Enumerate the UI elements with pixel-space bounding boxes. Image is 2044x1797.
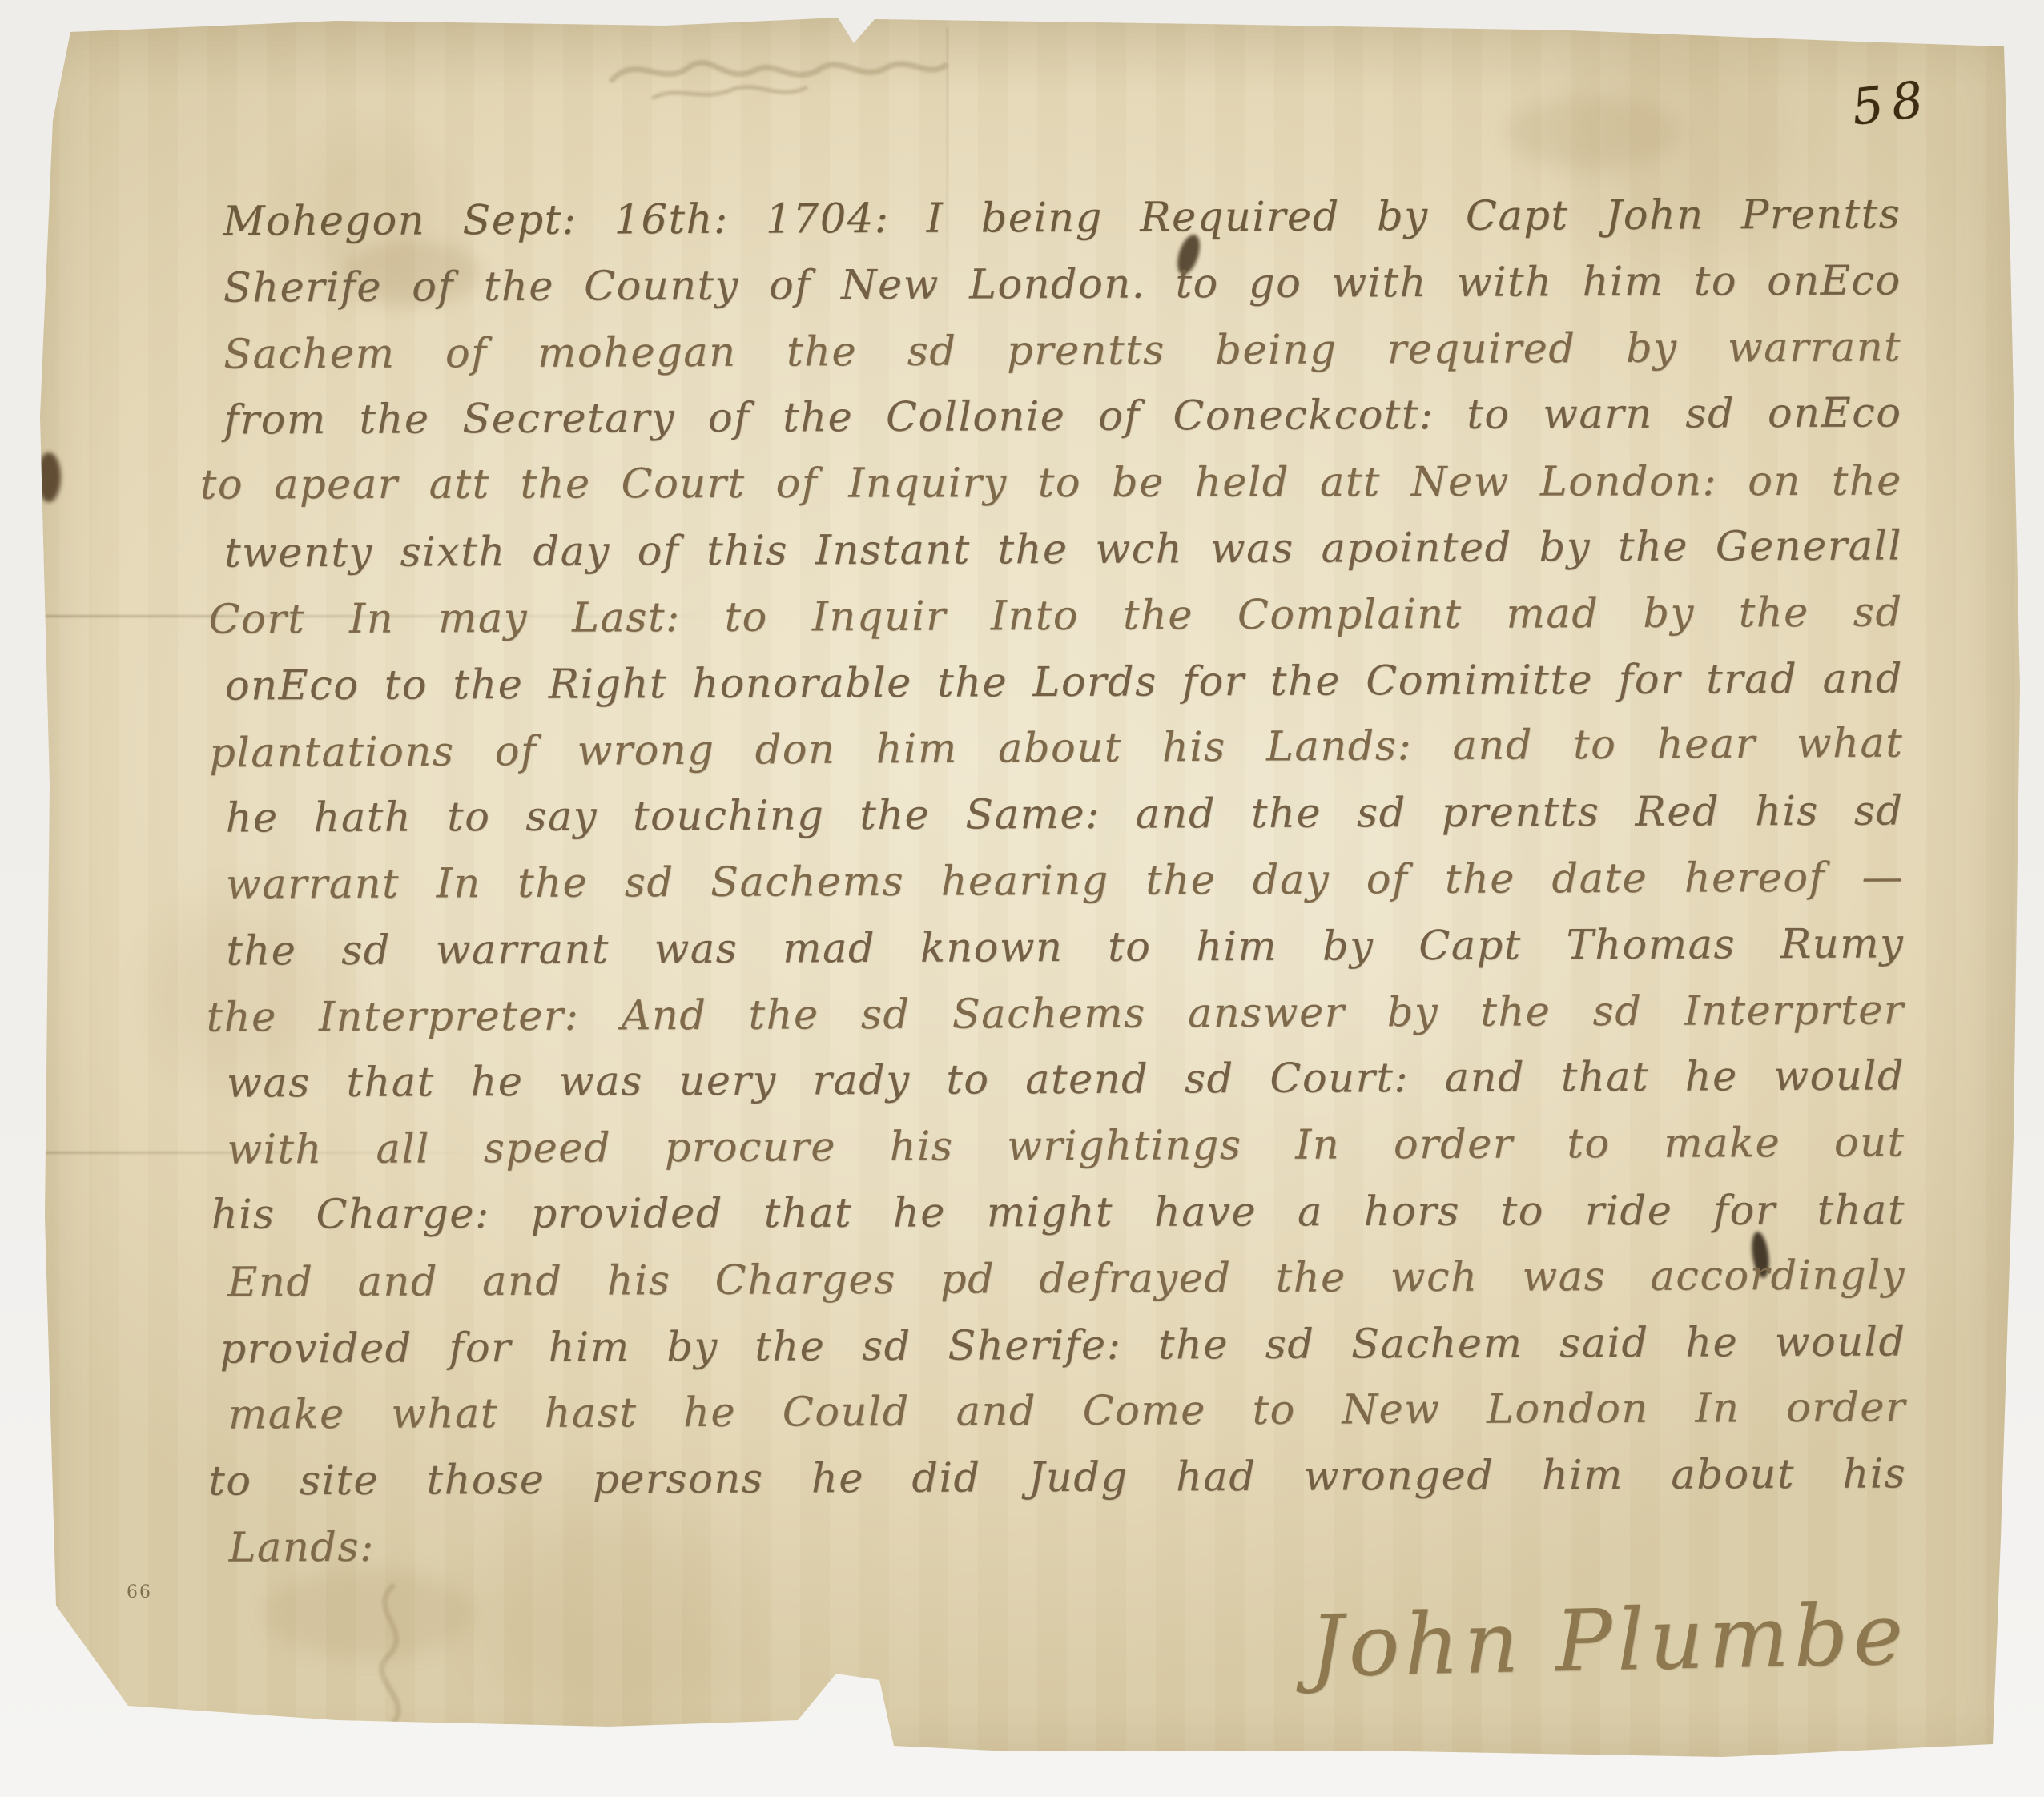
manuscript-line-13: the Interpreter: And the sd Sachems answ… [207,978,1905,1051]
manuscript-line-14: was that he was uery rady to atend sd Co… [227,1044,1905,1118]
letter-body: Mohegon Sept: 16th: 1704: I being Requir… [223,182,1907,1582]
manuscript-line-17: End and and his Charges pd defrayed the … [227,1243,1905,1317]
paper-sheet: 58 Mohegon Sept: 16th: 1704: I being Req… [0,0,2044,1797]
manuscript-line-5: to apear att the Court of Inquiry to be … [200,449,1902,520]
manuscript-line-8: onEco to the Right honorable the Lords f… [225,646,1903,720]
manuscript-line-20: to site those persons he did Judg had wr… [208,1442,1906,1516]
ink-blot [37,452,61,502]
manuscript-line-19: make what hast he Could and Come to New … [228,1376,1906,1449]
manuscript-line-16: his Charge: provided that he might have … [211,1178,1905,1248]
manuscript-line-21: Lands: [228,1508,1906,1582]
paper-stain [1506,96,1682,168]
manuscript-line-9: plantations of wrong don him about his L… [209,711,1903,788]
manuscript-line-15: with all speed procure his wrightings In… [227,1111,1905,1184]
bleed-through-ink [606,38,950,114]
manuscript-line-18: provided for him by the sd Sherife: the … [219,1309,1905,1383]
bleed-through-ink [349,1582,437,1785]
signature: John Plumbe [1309,1583,1909,1698]
manuscript-line-3: Sachem of mohegan the sd prentts being r… [223,315,1901,388]
paper-stain [264,1570,473,1658]
manuscript-line-6: twenty sixth day of this Instant the wch… [224,513,1902,587]
manuscript-line-4: from the Secretary of the Collonie of Co… [223,381,1901,455]
manuscript-line-12: the sd warrant was mad known to him by C… [226,911,1904,985]
margin-annotation: 66 [127,1582,152,1602]
manuscript-line-10: he hath to say touching the Same: and th… [225,779,1903,853]
manuscript-line-2: Sherife of the County of New London. to … [223,248,1901,322]
folio-number: 58 [1849,69,1934,137]
manuscript-line-1: Mohegon Sept: 16th: 1704: I being Requir… [223,182,1901,255]
manuscript-line-11: warrant In the sd Sachems hearing the da… [226,845,1904,919]
manuscript-line-7: Cort In may Last: to Inquir Into the Com… [208,580,1902,653]
document-scan: 58 Mohegon Sept: 16th: 1704: I being Req… [0,0,2044,1797]
